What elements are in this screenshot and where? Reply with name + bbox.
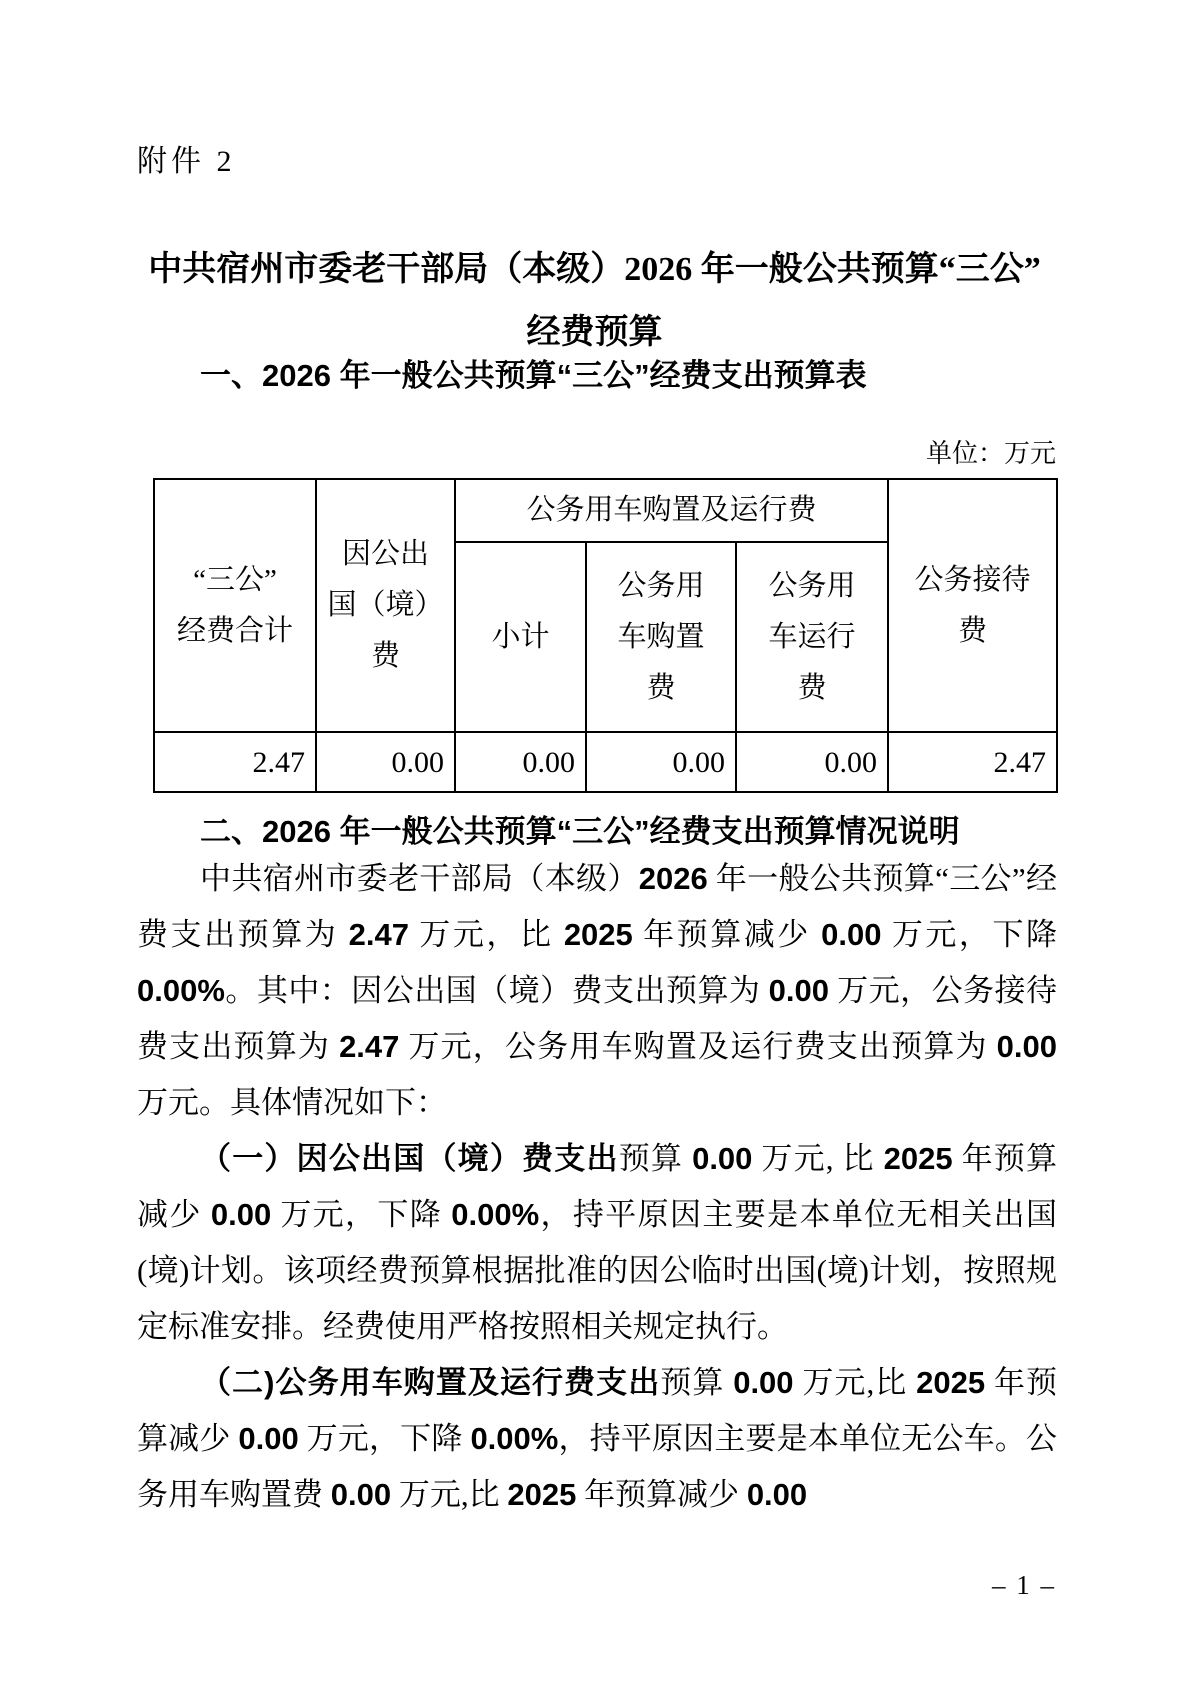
text-segment: 年预算减少 [576,1477,747,1512]
value-reception: 2.47 [888,732,1057,792]
paragraph-vehicle: （二)公务用车购置及运行费支出预算 0.00 万元,比 2025 年预算减少 0… [137,1355,1057,1523]
unit-note: 单位：万元 [137,433,1056,470]
text-segment: 2026 [639,861,708,896]
text-segment: 0.00 [733,1365,793,1400]
budget-table: “三公” 经费合计 因公出 国（境） 费 公务用车购置及运行费 公务接待 费 小… [153,478,1058,793]
text-segment: 0.00% [470,1421,558,1456]
document-title: 中共宿州市委老干部局（本级）2026 年一般公共预算“三公”经费预算 [142,238,1047,364]
text-segment: 2025 [884,1141,953,1176]
text-segment: 0.00 [997,1029,1057,1064]
table-header-total: “三公” 经费合计 [154,479,316,732]
text-segment: 0.00% [137,973,225,1008]
text-segment: 预算 [619,1141,692,1176]
text-segment: 0.00 [692,1141,752,1176]
text-segment: 万元，下降 [271,1197,451,1232]
page-number: – 1 – [137,1570,1056,1601]
text-segment: 0.00 [238,1421,298,1456]
text-segment: 2025 [916,1365,985,1400]
table-header-reception: 公务接待 费 [888,479,1057,732]
text-segment: 万元, 比 [752,1141,883,1176]
text-segment: （一）因公出国（境）费支出 [200,1141,619,1176]
text-segment: 万元,比 [794,1365,917,1400]
paragraph-intro: 中共宿州市委老干部局（本级）2026 年一般公共预算“三公”经费支出预算为 2.… [137,851,1057,1131]
text-segment: 万元,比 [391,1477,507,1512]
text-segment: 0.00 [331,1477,391,1512]
text-segment: 0.00 [211,1197,271,1232]
text-segment: 0.00 [769,973,829,1008]
table-header-vehicle-subtotal: 小计 [455,542,586,732]
text-segment: 万元，下降 [882,917,1058,952]
table-row: 2.47 0.00 0.00 0.00 0.00 2.47 [154,732,1057,792]
attachment-label: 附件 2 [137,136,236,180]
text-segment: 0.00% [451,1197,539,1232]
text-segment: 0.00 [821,917,881,952]
text-segment: 万元，比 [409,917,564,952]
text-segment: 万元，下降 [299,1421,471,1456]
table-header-vehicle-purchase: 公务用 车购置 费 [586,542,736,732]
paragraph-abroad: （一）因公出国（境）费支出预算 0.00 万元, 比 2025 年预算减少 0.… [137,1131,1057,1355]
text-segment: 2.47 [349,917,409,952]
body-text: 中共宿州市委老干部局（本级）2026 年一般公共预算“三公”经费支出预算为 2.… [137,851,1057,1523]
text-segment: 2025 [564,917,633,952]
section-1-heading: 一、2026 年一般公共预算“三公”经费支出预算表 [137,350,1057,395]
text-segment: 万元，公务用车购置及运行费支出预算为 [399,1029,996,1064]
value-total: 2.47 [154,732,316,792]
table-header-vehicle-group: 公务用车购置及运行费 [455,479,888,542]
table-header-abroad: 因公出 国（境） 费 [316,479,455,732]
value-vehicle-purchase: 0.00 [586,732,736,792]
value-abroad: 0.00 [316,732,455,792]
table-header-vehicle-operation: 公务用 车运行 费 [736,542,888,732]
text-segment: 。其中：因公出国（境）费支出预算为 [225,973,769,1008]
section-2-heading: 二、2026 年一般公共预算“三公”经费支出预算情况说明 [137,806,1057,851]
document-page: 附件 2 中共宿州市委老干部局（本级）2026 年一般公共预算“三公”经费预算 … [0,0,1190,1683]
text-segment: 2025 [507,1477,576,1512]
text-segment: 预算 [660,1365,733,1400]
text-segment: 中共宿州市委老干部局（本级） [200,861,639,896]
value-vehicle-subtotal: 0.00 [455,732,586,792]
text-segment: 2.47 [339,1029,399,1064]
value-vehicle-operation: 0.00 [736,732,888,792]
text-segment: （二)公务用车购置及运行费支出 [200,1365,660,1400]
text-segment: 万元。具体情况如下： [137,1085,447,1120]
text-segment: 0.00 [747,1477,807,1512]
text-segment: 年预算减少 [633,917,821,952]
